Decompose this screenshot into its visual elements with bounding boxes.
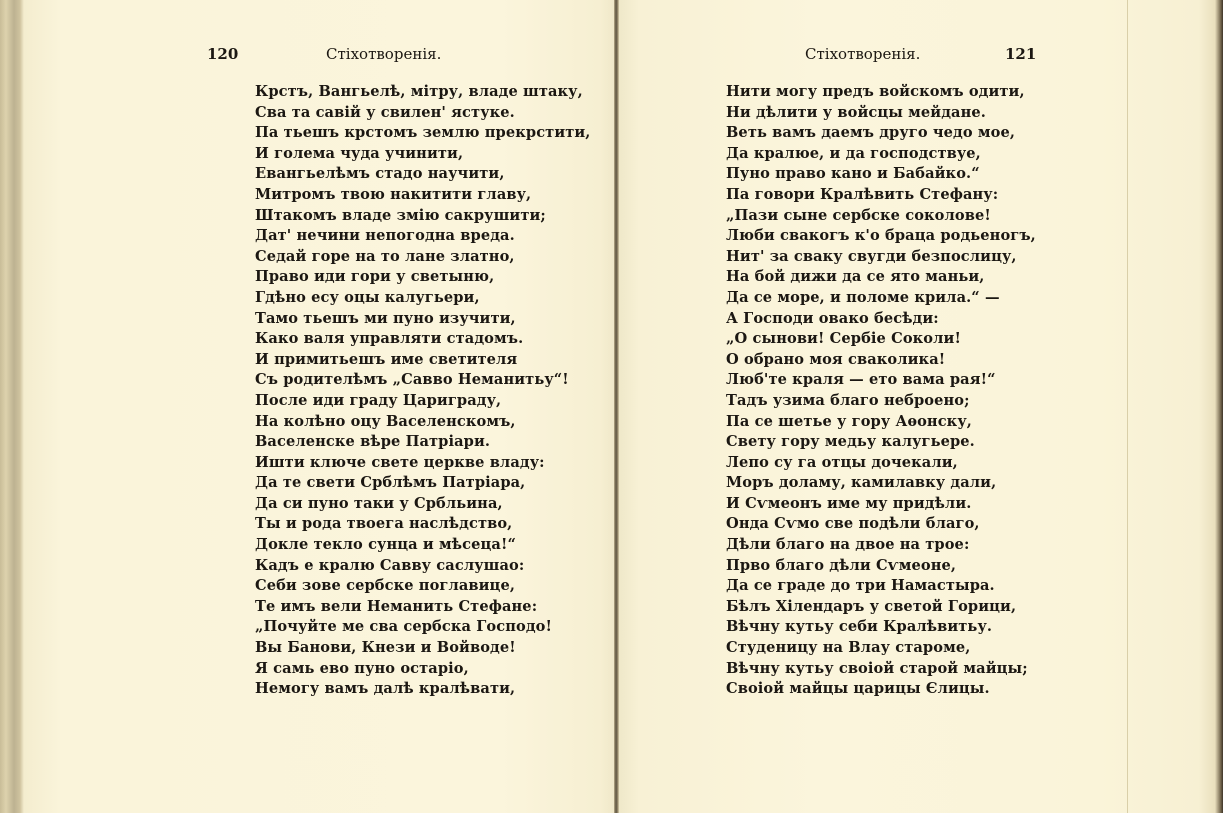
poem-line: О обрано моя сваколика! [726,350,1036,371]
poem-line: „О сынови! Сербіе Соколи! [726,329,1036,350]
poem-line: Седай горе на то лане златно, [255,247,591,268]
poem-line: Вы Банови, Кнези и Войводе! [255,638,591,659]
running-head-right: Стіхотворенія. [805,45,920,63]
poem-line: И голема чуда учинити, [255,144,591,165]
poem-line: Право иди гори у светыню, [255,267,591,288]
running-head-left: Стіхотворенія. [326,45,441,63]
right-page: Стіхотворенія. 121 Нити могу предъ войск… [619,0,1223,813]
poem-line: Те имъ вели Неманить Стефане: [255,597,591,618]
poem-line: Ты и рода твоега наслѣдство, [255,514,591,535]
poem-line: Прво благо дѣли Сѵмеоне, [726,556,1036,577]
poem-line: Да се граде до три Намастыра. [726,576,1036,597]
poem-line: Себи зове сербске поглавице, [255,576,591,597]
poem-line: Гдѣно есу оцы калугьери, [255,288,591,309]
poem-line: Кадъ е кралю Савву саслушао: [255,556,591,577]
poem-line: Вѣчну кутьу своіой старой майцы; [726,659,1036,680]
poem-line: Тамо тьешъ ми пуно изучити, [255,309,591,330]
poem-line: Да се море, и поломе крила.“ — [726,288,1036,309]
poem-line: Сва та савій у свилен' ястуке. [255,103,591,124]
poem-lines-left: Крстъ, Вангьелѣ, мітру, владе штаку, Сва… [255,82,591,700]
poem-line: Пуно право кано и Бабайко.“ [726,164,1036,185]
poem-line: Васеленске вѣре Патріари. [255,432,591,453]
poem-line: Штакомъ владе змію сакрушити; [255,206,591,227]
poem-line: А Господи овако бесѣди: [726,309,1036,330]
poem-line: Своіой майцы царицы Єлицы. [726,679,1036,700]
poem-line: „Почуйте ме сва сербска Господо! [255,617,591,638]
poem-line: Тадъ узима благо неброено; [726,391,1036,412]
poem-line: Нити могу предъ войскомъ одити, [726,82,1036,103]
poem-line: Люб'те краля — ето вама рая!“ [726,370,1036,391]
poem-line: Да те свети Срблѣмъ Патріара, [255,473,591,494]
poem-line: Онда Сѵмо све подѣли благо, [726,514,1036,535]
poem-line: Докле текло сунца и мѣсеца!“ [255,535,591,556]
poem-line: Да кралюе, и да господствуе, [726,144,1036,165]
page-number-right: 121 [1005,45,1036,63]
poem-line: Крстъ, Вангьелѣ, мітру, владе штаку, [255,82,591,103]
poem-line: Ишти ключе свете церкве владу: [255,453,591,474]
left-page: 120 Стіхотворенія. Крстъ, Вангьелѣ, мітр… [0,0,616,813]
poem-line: Митромъ твою накитити главу, [255,185,591,206]
poem-line: Моръ доламу, камилавку дали, [726,473,1036,494]
poem-line: Студеницу на Влау староме, [726,638,1036,659]
poem-line: После иди граду Цариграду, [255,391,591,412]
poem-line: Я самь ево пуно остаріо, [255,659,591,680]
poem-line: Дѣли благо на двое на трое: [726,535,1036,556]
poem-line: Съ родителѣмъ „Савво Неманитьу“! [255,370,591,391]
poem-line: Па се шетье у гору Аѳонску, [726,412,1036,433]
poem-line: Веть вамъ даемъ друго чедо мое, [726,123,1036,144]
poem-line: И Сѵмеонъ име му придѣли. [726,494,1036,515]
poem-line: Люби свакогъ к'о браца родьеногъ, [726,226,1036,247]
poem-line: Евангьелѣмъ стадо научити, [255,164,591,185]
poem-line: Како валя управляти стадомъ. [255,329,591,350]
poem-line: Па говори Кралѣвить Стефану: [726,185,1036,206]
poem-lines-right: Нити могу предъ войскомъ одити, Ни дѣлит… [726,82,1036,700]
poem-line: На колѣно оцу Васеленскомъ, [255,412,591,433]
poem-line: На бой дижи да се ято маньи, [726,267,1036,288]
poem-line: Лепо су га отцы дочекали, [726,453,1036,474]
poem-line: Нит' за сваку свугди безпослицу, [726,247,1036,268]
poem-line: Дат' нечини непогодна вреда. [255,226,591,247]
poem-line: Немогу вамъ далѣ кралѣвати, [255,679,591,700]
page-number-left: 120 [207,45,238,63]
poem-line: Па тьешъ крстомъ землю прекрстити, [255,123,591,144]
poem-line: Да си пуно таки у Србльина, [255,494,591,515]
poem-line: Бѣлъ Хілендаръ у светой Горици, [726,597,1036,618]
page-edge-line [1127,0,1128,813]
poem-line: „Пази сыне сербске соколове! [726,206,1036,227]
poem-line: Ни дѣлити у войсцы мейдане. [726,103,1036,124]
book-spread: 120 Стіхотворенія. Крстъ, Вангьелѣ, мітр… [0,0,1223,813]
poem-line: И примитьешъ име светителя [255,350,591,371]
poem-line: Вѣчну кутьу себи Кралѣвитьу. [726,617,1036,638]
poem-line: Свету гору медьу калугьере. [726,432,1036,453]
